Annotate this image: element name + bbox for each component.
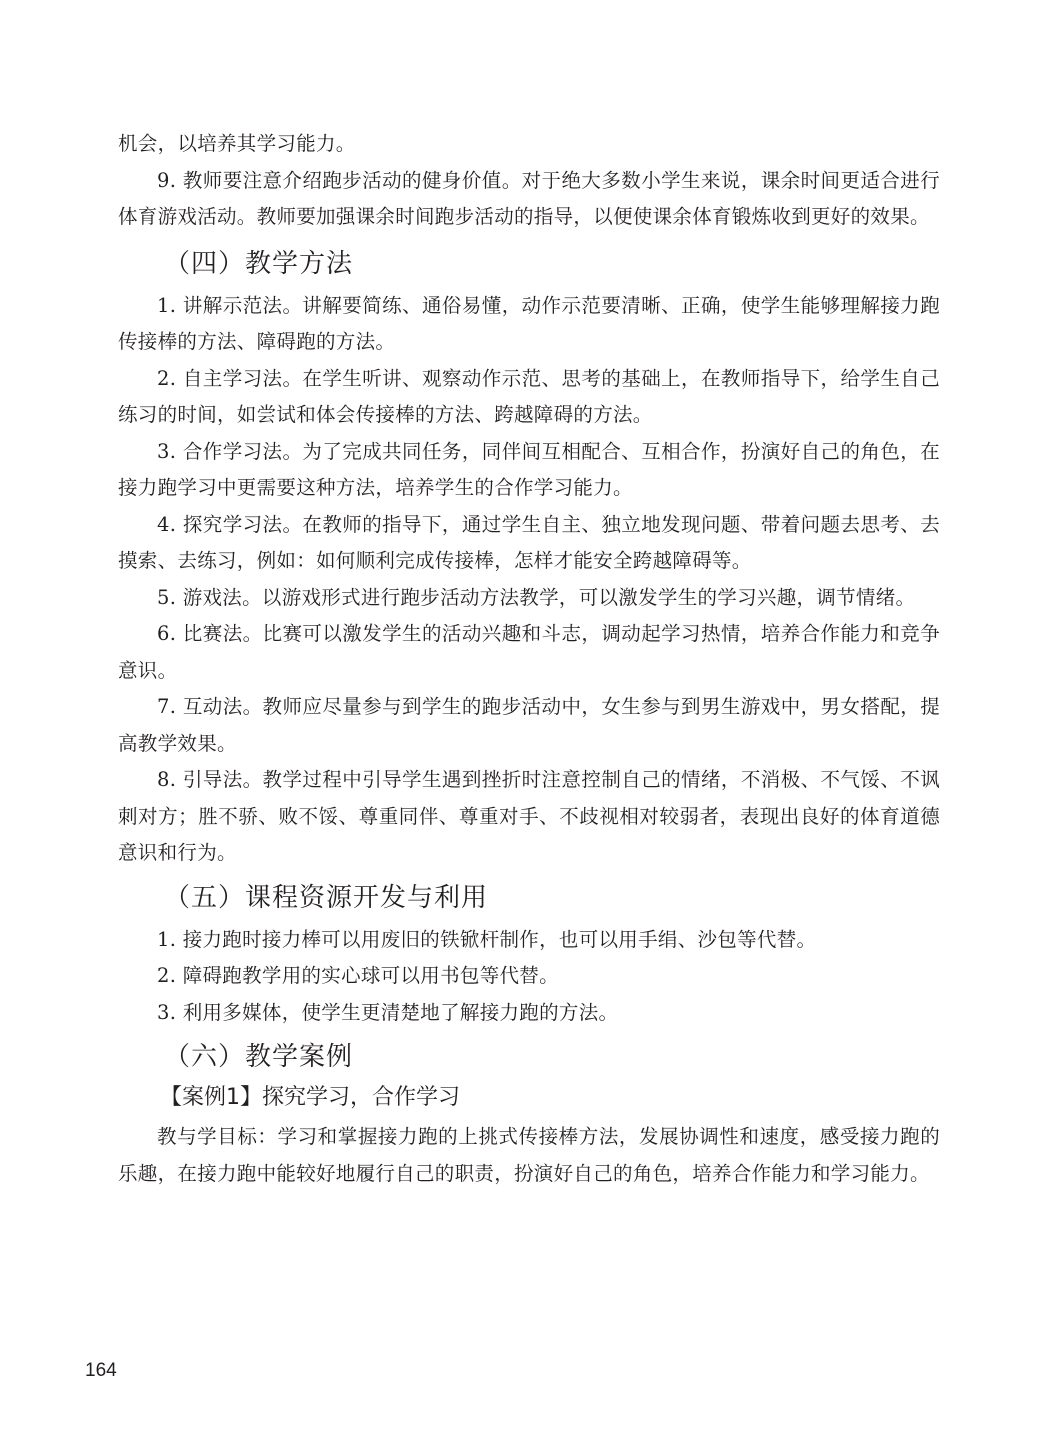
method-item-2: 2. 自主学习法。在学生听讲、观察动作示范、思考的基础上，在教师指导下，给学生自…	[118, 361, 940, 434]
method-item-5: 5. 游戏法。以游戏形式进行跑步活动方法教学，可以激发学生的学习兴趣，调节情绪。	[118, 580, 940, 617]
resource-item-2: 2. 障碍跑教学用的实心球可以用书包等代替。	[118, 958, 940, 995]
case-title: 【案例1】探究学习，合作学习	[118, 1081, 940, 1115]
section-heading-teaching-methods: （四）教学方法	[118, 246, 940, 282]
method-item-4: 4. 探究学习法。在教师的指导下，通过学生自主、独立地发现问题、带着问题去思考、…	[118, 507, 940, 580]
resource-item-3: 3. 利用多媒体，使学生更清楚地了解接力跑的方法。	[118, 995, 940, 1032]
document-page: 机会，以培养其学习能力。 9. 教师要注意介绍跑步活动的健身价值。对于绝大多数小…	[118, 126, 940, 1192]
method-item-7: 7. 互动法。教师应尽量参与到学生的跑步活动中，女生参与到男生游戏中，男女搭配，…	[118, 689, 940, 762]
method-item-1: 1. 讲解示范法。讲解要简练、通俗易懂，动作示范要清晰、正确，使学生能够理解接力…	[118, 288, 940, 361]
section-heading-teaching-cases: （六）教学案例	[118, 1039, 940, 1075]
case-goal-paragraph: 教与学目标：学习和掌握接力跑的上挑式传接棒方法，发展协调性和速度，感受接力跑的乐…	[118, 1119, 940, 1192]
resource-item-1: 1. 接力跑时接力棒可以用废旧的铁锨杆制作，也可以用手绢、沙包等代替。	[118, 922, 940, 959]
paragraph-carryover: 机会，以培养其学习能力。	[118, 126, 940, 163]
method-item-3: 3. 合作学习法。为了完成共同任务，同伴间互相配合、互相合作，扮演好自己的角色，…	[118, 434, 940, 507]
section-heading-resources: （五）课程资源开发与利用	[118, 880, 940, 916]
paragraph-item-9: 9. 教师要注意介绍跑步活动的健身价值。对于绝大多数小学生来说，课余时间更适合进…	[118, 163, 940, 236]
method-item-8: 8. 引导法。教学过程中引导学生遇到挫折时注意控制自己的情绪，不消极、不气馁、不…	[118, 762, 940, 872]
method-item-6: 6. 比赛法。比赛可以激发学生的活动兴趣和斗志，调动起学习热情，培养合作能力和竞…	[118, 616, 940, 689]
page-number: 164	[85, 1360, 117, 1382]
